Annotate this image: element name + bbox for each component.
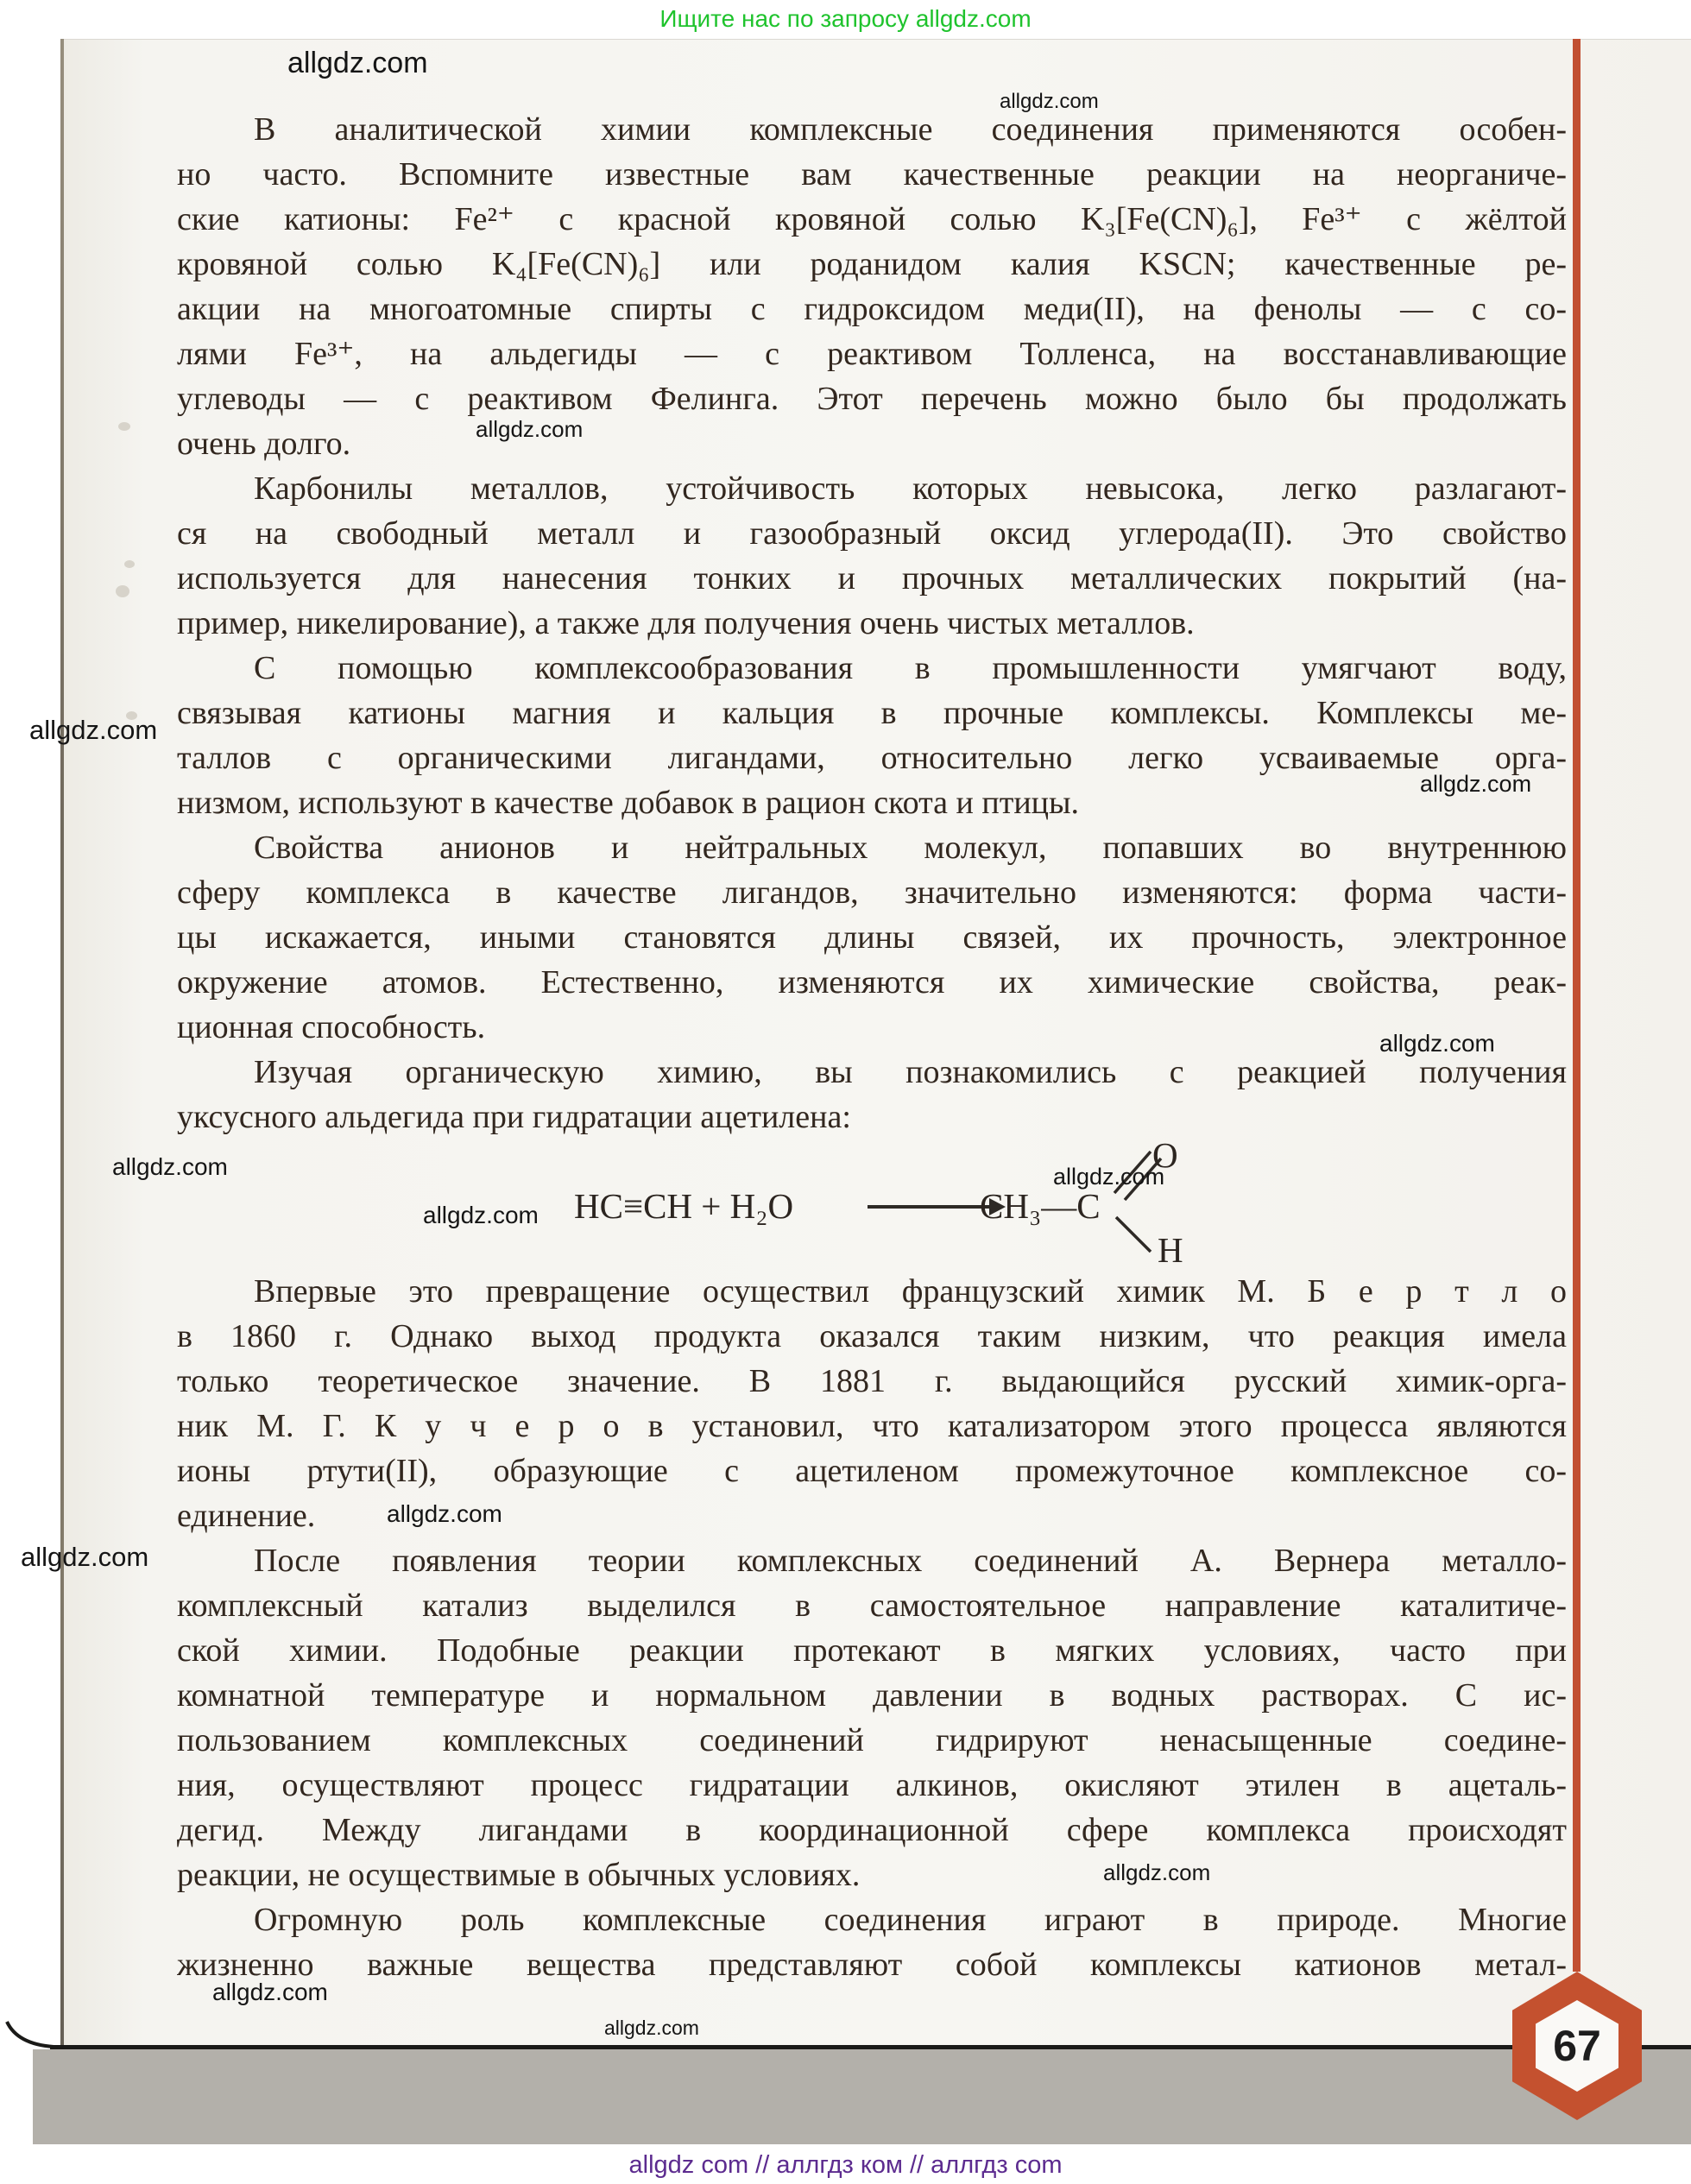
text-line: реакции, не осуществимые в обычных услов… xyxy=(177,1853,1567,1897)
text-line: только теоретическое значение. В 1881 г.… xyxy=(177,1359,1567,1404)
text-line: ской химии. Подобные реакции протекают в… xyxy=(177,1628,1567,1673)
text-line: пользованием комплексных соединений гидр… xyxy=(177,1718,1567,1763)
equation-reactants: HC≡CH + H₂O xyxy=(574,1185,793,1227)
promo-header-text: Ищите нас по запросу allgdz.com xyxy=(0,5,1691,33)
watermark: allgdz.com xyxy=(1103,1859,1210,1886)
page-left-edge xyxy=(60,39,64,2049)
watermark: allgdz.com xyxy=(476,416,583,443)
text-line: окружение атомов. Естественно, изменяютс… xyxy=(177,960,1567,1005)
text-line: цы искажается, иными становятся длины св… xyxy=(177,915,1567,960)
page-corner-curve xyxy=(5,2020,59,2051)
text-line: ник М. Г. К у ч е р о в установил, что к… xyxy=(177,1404,1567,1449)
text-line: комнатной температуре и нормальном давле… xyxy=(177,1673,1567,1718)
text-line: пример, никелирование), а также для полу… xyxy=(177,601,1567,646)
text-line: сферу комплекса в качестве лигандов, зна… xyxy=(177,870,1567,915)
text-line: Карбонилы металлов, устойчивость которых… xyxy=(177,466,1567,511)
watermark: allgdz.com xyxy=(29,715,157,746)
text-line: Впервые это превращение осуществил франц… xyxy=(177,1269,1567,1314)
page-number-badge: 67 xyxy=(1512,1972,1642,2120)
text-line: акции на многоатомные спирты с гидроксид… xyxy=(177,287,1567,331)
watermark: allgdz.com xyxy=(212,1979,328,2006)
text-line: связывая катионы магния и кальция в проч… xyxy=(177,691,1567,735)
paragraph: В аналитической химии комплексные соедин… xyxy=(177,107,1567,466)
red-margin-rule xyxy=(1573,39,1581,1972)
screenshot-root: Ищите нас по запросу allgdz.com В аналит… xyxy=(0,0,1691,2184)
watermark: allgdz.com xyxy=(1000,90,1099,114)
text-line: Свойства анионов и нейтральных молекул, … xyxy=(177,825,1567,870)
paragraph: Изучая органическую химию, вы познакомил… xyxy=(177,1050,1567,1139)
text-line: ионы ртути(II), образующие с ацетиленом … xyxy=(177,1449,1567,1493)
text-line: используется для нанесения тонких и проч… xyxy=(177,556,1567,601)
text-line: ся на свободный металл и газообразный ок… xyxy=(177,511,1567,556)
text-line: углеводы — с реактивом Фелинга. Этот пер… xyxy=(177,376,1567,421)
text-line: очень долго. xyxy=(177,421,1567,466)
body-text: В аналитической химии комплексные соедин… xyxy=(177,107,1567,1987)
page-number: 67 xyxy=(1536,2000,1618,2092)
text-line: ционная способность. xyxy=(177,1005,1567,1050)
equation-hydrogen-label: H xyxy=(1158,1229,1183,1271)
watermark: allgdz.com xyxy=(112,1153,228,1181)
watermark: allgdz.com xyxy=(387,1500,502,1528)
text-line: единение. xyxy=(177,1493,1567,1538)
text-line: После появления теории комплексных соеди… xyxy=(177,1538,1567,1583)
paragraph: Свойства анионов и нейтральных молекул, … xyxy=(177,825,1567,1050)
watermark: allgdz.com xyxy=(604,2017,699,2040)
paragraph: Впервые это превращение осуществил франц… xyxy=(177,1269,1567,1538)
text-line: низмом, используют в качестве добавок в … xyxy=(177,780,1567,825)
watermark: allgdz.com xyxy=(1379,1030,1495,1057)
paragraph: После появления теории комплексных соеди… xyxy=(177,1538,1567,1897)
watermark: allgdz.com xyxy=(1053,1164,1164,1190)
text-line: С помощью комплексообразования в промышл… xyxy=(177,646,1567,691)
watermark: allgdz.com xyxy=(1420,771,1531,798)
text-line: дегид. Между лигандами в координационной… xyxy=(177,1808,1567,1853)
equation-product: CH₃—C xyxy=(980,1185,1101,1227)
paragraph: Карбонилы металлов, устойчивость которых… xyxy=(177,466,1567,646)
chemical-equation: HC≡CH + H₂O CH₃—C O H xyxy=(177,1139,1567,1269)
paragraph: С помощью комплексообразования в промышл… xyxy=(177,646,1567,825)
watermark: allgdz.com xyxy=(287,47,428,80)
text-line: но часто. Вспомните известные вам качест… xyxy=(177,152,1567,197)
text-line: ния, осуществляют процесс гидратации алк… xyxy=(177,1763,1567,1808)
text-line: Изучая органическую химию, вы познакомил… xyxy=(177,1050,1567,1095)
scan-background-bar xyxy=(33,2049,1691,2144)
paragraphs-top: В аналитической химии комплексные соедин… xyxy=(177,107,1567,1139)
scan-artifact-dot xyxy=(124,560,135,568)
scan-artifact-dot xyxy=(116,585,129,597)
scan-artifact-dot xyxy=(118,422,130,431)
text-line: комплексный катализ выделился в самостоя… xyxy=(177,1583,1567,1628)
text-line: таллов с органическими лигандами, относи… xyxy=(177,735,1567,780)
text-line: жизненно важные вещества представляют со… xyxy=(177,1942,1567,1987)
paragraphs-bottom: Впервые это превращение осуществил франц… xyxy=(177,1269,1567,1987)
text-line: кровяной солью K₄[Fe(CN)₆] или роданидом… xyxy=(177,242,1567,287)
text-line: Огромную роль комплексные соединения игр… xyxy=(177,1897,1567,1942)
watermark: allgdz.com xyxy=(423,1202,539,1229)
watermark: allgdz.com xyxy=(21,1542,148,1573)
text-line: ские катионы: Fe²⁺ с красной кровяной со… xyxy=(177,197,1567,242)
text-line: лями Fe³⁺, на альдегиды — с реактивом То… xyxy=(177,331,1567,376)
footer-text: allgdz com // аллгдз ком // аллгдз com xyxy=(0,2151,1691,2180)
reaction-arrow-icon xyxy=(868,1205,990,1209)
text-line: уксусного альдегида при гидратации ацети… xyxy=(177,1095,1567,1139)
text-line: В аналитической химии комплексные соедин… xyxy=(177,107,1567,152)
text-line: в 1860 г. Однако выход продукта оказался… xyxy=(177,1314,1567,1359)
paragraph: Огромную роль комплексные соединения игр… xyxy=(177,1897,1567,1987)
